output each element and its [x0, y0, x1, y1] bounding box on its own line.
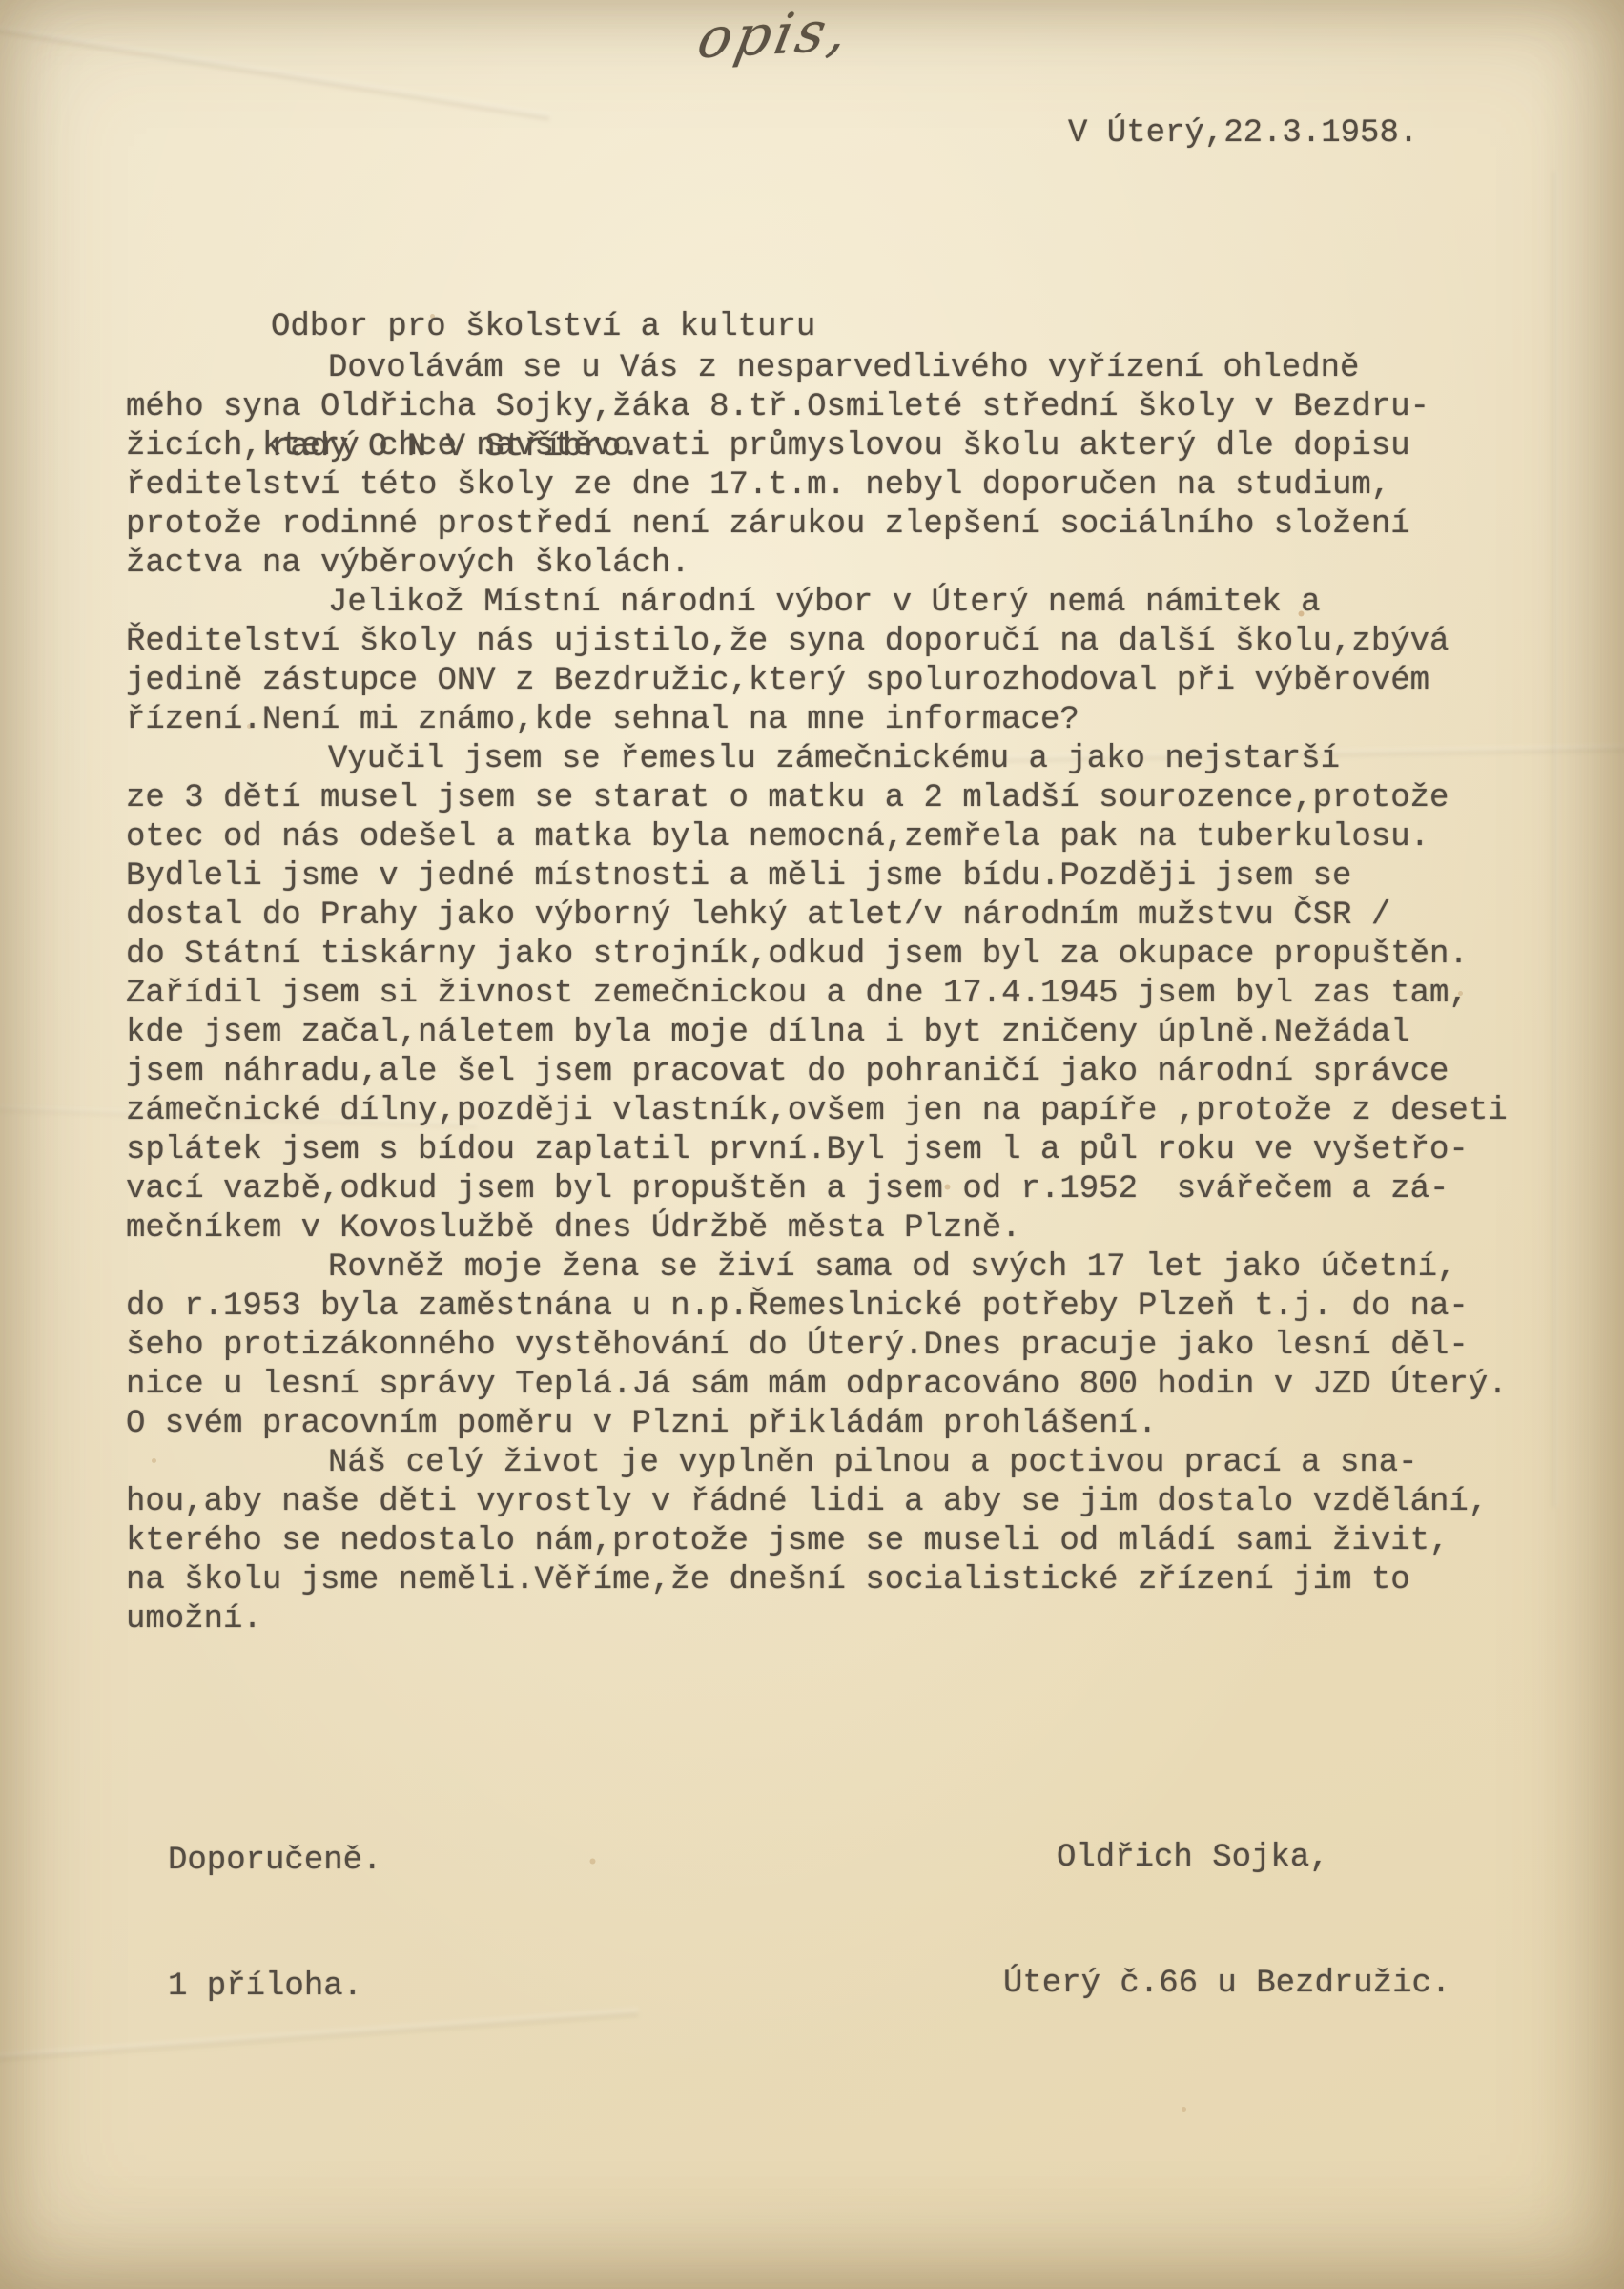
letter-line: Ředitelství školy nás ujistilo,že syna d… [126, 623, 1537, 662]
letter-line: dostal do Prahy jako výborný lehký atlet… [126, 897, 1537, 936]
sender-notes-block: Doporučeně. 1 příloha. [168, 1770, 381, 2077]
letter-paragraph: Vyučil jsem se řemeslu zámečnickému a ja… [126, 740, 1537, 1248]
letter-paragraph: Jelikož Místní národní výbor v Úterý nem… [126, 584, 1537, 740]
letter-paragraph: Rovněž moje žena se živí sama od svých 1… [126, 1248, 1537, 1444]
letter-line: do Státní tiskárny jako strojník,odkud j… [126, 936, 1537, 975]
signature-block: Oldřich Sojka, Úterý č.66 u Bezdružic. [1003, 1767, 1450, 2074]
letter-line: žactva na výběrových školách. [126, 545, 1537, 584]
letter-line: na školu jsme neměli.Věříme,že dnešní so… [126, 1561, 1537, 1600]
letter-line: O svém pracovním poměru v Plzni přikládá… [126, 1405, 1537, 1444]
handwritten-opis-note: opis, [692, 0, 856, 72]
letter-line: šeho protizákonného vystěhování do Úterý… [126, 1327, 1537, 1366]
letter-line: Rovněž moje žena se živí sama od svých 1… [126, 1248, 1537, 1288]
letter-line: ze 3 dětí musel jsem se starat o matku a… [126, 779, 1537, 818]
letter-line: žicích,který chce navštěvovati průmyslov… [126, 427, 1537, 466]
letter-line: jsem náhradu,ale šel jsem pracovat do po… [126, 1053, 1537, 1092]
letter-line: kde jsem začal,náletem byla moje dílna i… [126, 1014, 1537, 1053]
letter-line: jedině zástupce ONV z Bezdružic,který sp… [126, 662, 1537, 701]
recipient-line-1: Odbor pro školství a kulturu [271, 307, 815, 347]
letter-line: do r.1953 byla zaměstnána u n.p.Řemeslni… [126, 1288, 1537, 1327]
registered-mail-note: Doporučeně. [168, 1843, 381, 1879]
letter-line: Náš celý život je vyplněn pilnou a pocti… [126, 1444, 1537, 1483]
enclosure-note: 1 příloha. [168, 1969, 381, 2005]
letter-line: Dovolávám se u Vás z nesparvedlivého vyř… [126, 349, 1537, 388]
letter-line: umožní. [126, 1600, 1537, 1639]
paper-crease [1552, 172, 1558, 1507]
letter-line: mého syna Oldřicha Sojky,žáka 8.tř.Osmil… [126, 388, 1537, 427]
letter-line: otec od nás odešel a matka byla nemocná,… [126, 818, 1537, 857]
letter-line: nice u lesní správy Teplá.Já sám mám odp… [126, 1366, 1537, 1405]
letter-paragraph: Náš celý život je vyplněn pilnou a pocti… [126, 1444, 1537, 1639]
signature-address: Úterý č.66 u Bezdružic. [1003, 1966, 1450, 2002]
letter-body: Dovolávám se u Vás z nesparvedlivého vyř… [126, 349, 1537, 1639]
letter-line: hou,aby naše děti vyrostly v řádné lidi … [126, 1483, 1537, 1522]
letter-line: protože rodinné prostředí není zárukou z… [126, 505, 1537, 545]
letter-line: vací vazbě,odkud jsem byl propuštěn a js… [126, 1170, 1537, 1209]
letter-line: Bydleli jsme v jedné místnosti a měli js… [126, 857, 1537, 897]
date-line: V Úterý,22.3.1958. [1068, 115, 1418, 152]
letter-line: kterého se nedostalo nám,protože jsme se… [126, 1522, 1537, 1561]
letter-line: Zařídil jsem si živnost zemečnickou a dn… [126, 975, 1537, 1014]
letter-line: řízení.Není mi známo,kde sehnal na mne i… [126, 701, 1537, 740]
paper-crease [0, 21, 550, 121]
letter-line: mečníkem v Kovoslužbě dnes Údržbě města … [126, 1209, 1537, 1248]
letter-line: splátek jsem s bídou zaplatil první.Byl … [126, 1131, 1537, 1170]
signature-name: Oldřich Sojka, [1003, 1840, 1329, 1876]
scanned-letter-page: opis, V Úterý,22.3.1958. Odbor pro škols… [0, 0, 1624, 2289]
letter-line: ředitelství této školy ze dne 17.t.m. ne… [126, 466, 1537, 505]
letter-line: zámečnické dílny,později vlastník,ovšem … [126, 1092, 1537, 1131]
letter-line: Jelikož Místní národní výbor v Úterý nem… [126, 584, 1537, 623]
letter-line: Vyučil jsem se řemeslu zámečnickému a ja… [126, 740, 1537, 779]
paper-speckles [0, 0, 3, 3]
letter-paragraph: Dovolávám se u Vás z nesparvedlivého vyř… [126, 349, 1537, 584]
